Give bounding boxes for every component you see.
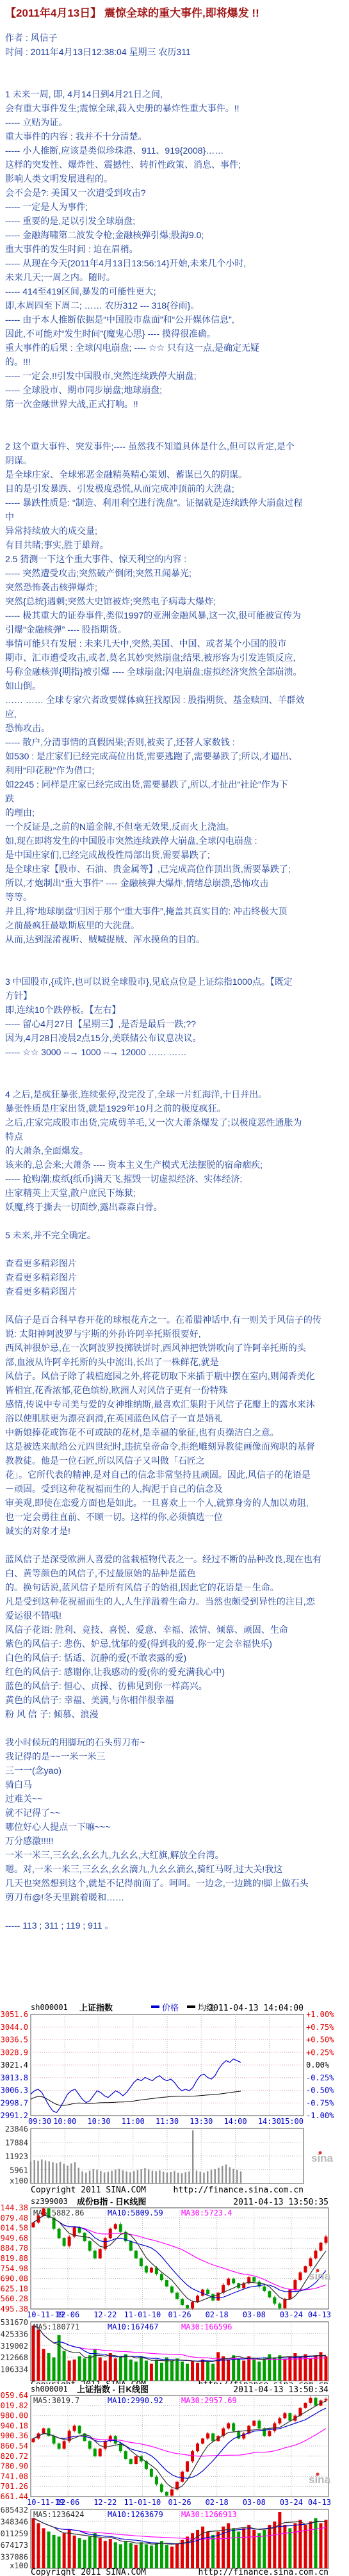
y-axis-label: 2991.2 [1, 2111, 28, 2120]
post-line: 引爆“金融核弹” ---- 股指期货。 [5, 622, 349, 636]
volume-bar [133, 2171, 134, 2183]
view-more-images-line: 查看更多精彩图片 [5, 1270, 349, 1284]
candle-body [145, 2266, 148, 2272]
post-line: 爱运很不错哦! [5, 1608, 349, 1623]
candle-body [140, 2258, 143, 2266]
volume-bar [211, 2364, 215, 2381]
y-axis-label: 5690.08 [0, 2274, 28, 2283]
candle-body [196, 2296, 199, 2302]
volume-bar [41, 2159, 42, 2183]
candle-body [175, 2293, 179, 2299]
blank-line [5, 1538, 349, 1552]
volume-bar [137, 2170, 138, 2183]
date-axis-label: 03-08 [243, 2498, 266, 2507]
volume-bar [58, 2536, 61, 2568]
post-line: 嗯。对,一米一米三,三幺幺,幺幺滴九,九幺幺滴幺,骑红马呀,过大关!我这 [5, 1862, 349, 1876]
volume-bar [148, 2169, 149, 2183]
post-line: 即,本周四至下周二; …… 农历312 --- 318{谷雨}。 [5, 298, 349, 312]
candle-body [181, 2299, 184, 2305]
volume-bar [145, 2544, 148, 2568]
post-line: 就不记得了~~ [5, 1806, 349, 1820]
volume-bar [184, 2172, 186, 2183]
post-line: 黄色的风信子: 幸福、美满,与你相伴很幸福 [5, 1693, 349, 1707]
candle-body [283, 2299, 286, 2308]
sina-logo-dot [319, 2151, 322, 2155]
post-line: 会不会是?: 美国又一次遭受到攻击? [5, 186, 349, 200]
time-axis-label: 14:30 [258, 2117, 281, 2126]
volume-bar [288, 2356, 291, 2381]
volume-bar [174, 2171, 175, 2183]
y-axis-label: 2780.90 [0, 2462, 28, 2471]
post-line: ----- 立贴为证。 [5, 115, 349, 129]
post-line: 阴谋。 [5, 453, 349, 467]
volume-bar [42, 2349, 45, 2381]
volume-axis-label: 17884 [5, 2139, 28, 2148]
blank-line [5, 73, 349, 87]
date-axis-label: 03-24 [280, 2498, 303, 2507]
y-axis-label: 2741.08 [0, 2472, 28, 2481]
y-axis-label: 2940.18 [0, 2421, 28, 2430]
chart-title: 上证指数 [79, 2003, 113, 2013]
volume-bar [314, 2355, 317, 2381]
post-line: ----- 全球股市、期市同步崩盘;地球崩盘; [5, 383, 349, 397]
volume-bar [88, 2536, 92, 2568]
candle-body [186, 2461, 189, 2472]
candle-body [42, 2428, 45, 2433]
volume-axis-label: 337086 [1, 2553, 28, 2562]
volume-bar [203, 2173, 204, 2183]
post-line: ----- 留心4月27日【星期三】,是否是最后一跌;?? [5, 1017, 349, 1031]
volume-bar [122, 2170, 124, 2183]
candle-body [78, 2426, 81, 2433]
volume-bar [309, 2358, 312, 2381]
volume-bar [74, 2162, 76, 2183]
y-axis-label: 3051.6 [1, 2010, 28, 2019]
candle-body [263, 2287, 266, 2291]
volume-axis-label: 1011259 [0, 2529, 28, 2538]
candle-body [288, 2413, 291, 2421]
blank-line [5, 960, 349, 975]
post-line: 5 未来,并不完全确定。 [5, 1228, 349, 1242]
post-line: ----- 113 ; 311 ; 119 ; 911 。 [5, 1918, 349, 1932]
sina-logo: sina [309, 2269, 331, 2283]
y-axis-label: 2900.36 [0, 2431, 28, 2440]
post-line: 3 中国股市,{或许,也可以说全球股市},见底点位是上证综指1000点。【既定 [5, 975, 349, 989]
y-axis-label: 3021.4 [1, 2061, 28, 2070]
candle-body [278, 2304, 281, 2308]
volume-bar [298, 2520, 302, 2568]
volume-bar [211, 2170, 212, 2183]
volume-ma-label: MA5:1236424 [33, 2510, 84, 2519]
post-line: 利用“印花税”作为借口; [5, 763, 349, 777]
volume-bar [67, 2166, 68, 2183]
chart-timestamp: 2011-04-13 13:50:35 [233, 2198, 329, 2207]
volume-bar [32, 2326, 35, 2381]
volume-bar [263, 2358, 266, 2381]
candle-body [263, 2428, 266, 2436]
blog-post-page: 【2011年4月13日】 震惊全球的重大事件,即将爆发 !! 作者 : 风信子时… [0, 0, 349, 2576]
volume-bar [93, 2169, 94, 2183]
volume-ma-label: MA30:166596 [181, 2322, 232, 2331]
post-line: 跌 [5, 791, 349, 806]
candle-body [32, 2438, 35, 2442]
volume-bar [181, 2361, 184, 2381]
volume-bar [283, 2525, 286, 2568]
post-line: ----- 由于本人推断依据是“中国股市盘面”和“公开媒体信息”, [5, 312, 349, 327]
post-line: 之前最疯狂最歇斯底里的大洗盘。 [5, 918, 349, 932]
candle-body [129, 2459, 133, 2464]
candle-body [99, 2249, 102, 2258]
candle-body [53, 2436, 56, 2443]
post-line: 并且,将“地球崩盘”归因于那个“重大事件”,掩盖其真实目的: 冲击终极大顶 [5, 904, 349, 918]
view-more-images-line: 查看更多精彩图片 [5, 1284, 349, 1299]
volume-bar [304, 2354, 307, 2381]
copyright-text: Copyright 2011 SINA.COM [31, 2568, 146, 2576]
volume-bar [170, 2361, 174, 2381]
date-axis-label: 04-13 [308, 2498, 331, 2507]
volume-bar [257, 2533, 261, 2568]
candle-body [252, 2277, 256, 2281]
post-line: 影响人类文明发展进程的。 [5, 172, 349, 186]
post-line: 紫色的风信子: 悲伤、妒忌,忧郁的爱(得到我的爱,你一定会幸福快乐) [5, 1637, 349, 1651]
volume-bar [181, 2173, 183, 2183]
candle-body [150, 2469, 153, 2477]
source-url: http://finance.sina.com.cn [199, 2568, 329, 2576]
post-line: ----- 重要的是,足以引发全球崩盘; [5, 214, 349, 228]
ma-label: MA5:3019.7 [33, 2396, 79, 2405]
volume-bar [109, 2353, 112, 2381]
volume-bar [124, 2354, 127, 2381]
volume-axis-label: 674173 [1, 2541, 28, 2550]
candle-body [88, 2241, 92, 2251]
post-line: 白、黄等颜色的风信子,不过最原始的品种是蓝色 [5, 1566, 349, 1580]
date-axis-label: 12-06 [56, 2310, 79, 2319]
avg-legend-swatch [187, 2005, 195, 2008]
post-line: 第一次金融世界大战,正式打响。!! [5, 397, 349, 411]
post-line: 突然{总统}遇刺;突然大史馆被炸;突然电子病毒大爆炸; [5, 594, 349, 608]
post-line: ----- 极其重大的证券事件,类似1997的亚洲金融风暴,这一次,很可能被宣传… [5, 608, 349, 622]
volume-bar [78, 2167, 79, 2183]
volume-bar [150, 2364, 153, 2381]
post-line: －顽固。受到这种花祝福而生的人,拘泥于自己的信念及 [5, 1482, 349, 1496]
volume-bar [268, 2525, 271, 2568]
volume-bar [100, 2171, 101, 2183]
volume-bar [216, 2532, 220, 2568]
date-axis-label: 12-22 [93, 2498, 117, 2507]
candle-body [268, 2291, 271, 2297]
volume-bar [188, 2171, 190, 2183]
volume-bar [63, 2533, 66, 2568]
post-line: 蓝风信子是深受欧洲人喜爱的盆栽植物代表之一。经过不断的品种改良,现在也有 [5, 1552, 349, 1566]
post-line: 这是被选来献给公元四世纪时,违抗皇帝命令,拒绝雕刻异教徒画像而殉职的基督 [5, 1439, 349, 1454]
blank-line [5, 411, 349, 425]
candle-body [257, 2421, 261, 2429]
candle-body [227, 2424, 230, 2429]
volume-bar [215, 2169, 216, 2183]
volume-bar [53, 2358, 56, 2381]
volume-axis-label: 319002 [1, 2342, 28, 2351]
y-axis-label: 3019.82 [0, 2401, 28, 2410]
post-line: 剪刀布@!冬天里跳着暖和…… [5, 1890, 349, 1904]
chart-code: sz399003 [31, 2197, 68, 2206]
blank-line [5, 1299, 349, 1313]
blank-line [5, 59, 349, 73]
volume-bar [319, 2523, 322, 2568]
volume-bar [93, 2533, 97, 2568]
view-more-images-link[interactable]: 查看更多精彩图片 [5, 1258, 77, 1268]
candle-body [293, 2280, 296, 2290]
view-more-images-link[interactable]: 查看更多精彩图片 [5, 1272, 77, 1283]
post-line: 过难关~~ [5, 1792, 349, 1806]
pct-axis-label: -0.25% [306, 2073, 334, 2082]
price-legend-swatch [151, 2005, 159, 2008]
volume-bar [273, 2522, 276, 2568]
volume-bar [45, 2160, 46, 2183]
candle-body [273, 2424, 276, 2431]
post-line: 是全球庄家【股市、石油、贵金属等】,已完成高位作顶出货,需要暴跌了; [5, 862, 349, 876]
post-line: 这样的突发性、爆炸性、震撼性、转折性政策、消息、事件; [5, 158, 349, 172]
kline-chart-svg: sh000001上证指数 - 日K线图2011-04-13 13:50:3430… [0, 2384, 349, 2576]
pct-axis-label: 0.00% [306, 2061, 330, 2070]
volume-bar [96, 2170, 97, 2183]
volume-axis-label: 212668 [1, 2353, 28, 2362]
volume-bar [129, 2360, 133, 2381]
volume-bar [129, 2172, 131, 2183]
volume-bar [85, 2173, 86, 2183]
post-line: ----- 从现在今天{2011年4月13日13:56:14}开始,未来几个小时… [5, 256, 349, 270]
date-axis-label: 11-01-10 [124, 2310, 161, 2319]
y-axis-label: 3028.9 [1, 2048, 28, 2057]
y-axis-label: 6014.58 [0, 2224, 28, 2233]
candle-body [99, 2449, 102, 2456]
volume-bar [242, 2528, 245, 2568]
chart-text: sina [309, 2270, 331, 2282]
y-axis-label: 5949.68 [0, 2233, 28, 2242]
pct-axis-label: -1.00% [306, 2111, 334, 2120]
y-axis-label: 3059.64 [0, 2391, 28, 2400]
post-line: ----- 金融海啸第二波发令枪;金融核弹引爆;股海9.0; [5, 228, 349, 242]
volume-bar [257, 2361, 261, 2381]
post-line: 有目共睹;事实,胜于雄辩。 [5, 538, 349, 552]
post-line: 说: 太阳神阿波罗与宇斯的外孙许阿辛托斯很要好, [5, 1327, 349, 1341]
post-line: 期市、汇市遭受攻击,或者,莫名其妙突然崩盘;结果,被形容为引发连锁反应, [5, 651, 349, 665]
post-line: 如,现在即将发生的中国股市突然连续跌停大崩盘,全球闪电崩盘 : [5, 834, 349, 848]
volume-bar [324, 2520, 327, 2568]
volume-bar [196, 2363, 199, 2381]
volume-bar [170, 2172, 171, 2183]
post-line: 骑白马 [5, 1778, 349, 1792]
post-line: 感情,传说中专司美与爱的女神维纳斯,最喜欢汇集附于风信子花瓣上的露水来沐 [5, 1397, 349, 1411]
volume-bar [83, 2540, 86, 2568]
time-axis-label: 14:00 [223, 2117, 247, 2126]
volume-bar [237, 2532, 240, 2568]
volume-axis-label: 106334 [1, 2365, 28, 2374]
volume-bar [70, 2164, 72, 2183]
post-line: ----- ☆☆ 3000 --→ 1000 --→ 12000 …… …… [5, 1045, 349, 1059]
post-line: 目的是引发暴跌、引发极度恐慌,从而完成冲顶前的大洗盘; [5, 482, 349, 496]
candle-body [68, 2237, 71, 2246]
volume-bar [144, 2168, 145, 2183]
copyright-text: Copyright 2011 SINA.COM [31, 2185, 146, 2195]
volume-bar [232, 2169, 234, 2183]
blank-line [5, 425, 349, 439]
candle-body [206, 2290, 209, 2294]
chart-title: 上证指数 - 日K线图 [77, 2385, 149, 2394]
post-line: 花」。它所代表的精神,是对自己的信念非常坚持且顽固。因此,风信子的花语是 [5, 1468, 349, 1482]
candle-body [201, 2438, 204, 2443]
volume-axis-label: 1348346 [0, 2517, 28, 2526]
candle-body [42, 2208, 45, 2216]
post-line: 的。!!! [5, 355, 349, 369]
volume-bar [81, 2171, 83, 2183]
candle-body [304, 2266, 307, 2272]
post-body: 【2011年4月13日】 震惊全球的重大事件,即将爆发 !! 作者 : 风信子时… [0, 0, 349, 1932]
volume-bar [104, 2541, 107, 2568]
volume-bar [140, 2169, 142, 2183]
volume-bar [227, 2360, 230, 2381]
y-axis-label: 2820.72 [0, 2452, 28, 2461]
candle-body [324, 2399, 327, 2401]
post-line: 的理由; [5, 806, 349, 820]
volume-ma-label: MA30:1266913 [181, 2510, 237, 2519]
volume-bar [37, 2523, 40, 2568]
post-line: 风信子是百合科早春开花的球根花卉之一。在希腊神话中,有一则关于风信子的传 [5, 1313, 349, 1327]
post-line: 我小时候玩的用脚玩的石头剪刀布~ [5, 1735, 349, 1749]
volume-bar [34, 2160, 35, 2183]
volume-bar [63, 2351, 66, 2381]
volume-bar [206, 2361, 209, 2381]
post-line: 该来的,总会来;大萧条 ---- 资本主义生产模式无法摆脱的宿命痼疾; [5, 1158, 349, 1172]
post-line: 是中国庄家们,已经完成战役性局部出货,需要暴跌了; [5, 848, 349, 862]
candle-body [58, 2443, 61, 2449]
post-line: 的大萧条,全面爆发。 [5, 1144, 349, 1158]
volume-bar [186, 2364, 189, 2381]
volume-bar [150, 2545, 153, 2568]
date-axis-label: 03-24 [280, 2310, 303, 2319]
post-line: 哪位好心人提点一下嘛~~~ [5, 1820, 349, 1834]
candle-body [314, 2398, 317, 2406]
volume-bar [170, 2547, 174, 2568]
candle-body [206, 2433, 209, 2438]
volume-bar [124, 2541, 127, 2568]
sina-kline-chart-b: sz399003成份B指 - 日K线图2011-04-13 13:50:3561… [0, 2196, 349, 2388]
post-line: ----- 一定是人为事件; [5, 200, 349, 214]
candle-body [93, 2449, 97, 2456]
candle-body [268, 2431, 271, 2436]
candle-body [63, 2441, 66, 2449]
candle-body [278, 2418, 281, 2424]
candle-body [155, 2477, 158, 2484]
candle-body [32, 2223, 35, 2227]
blank-line [5, 1059, 349, 1073]
candle-body [273, 2297, 276, 2304]
price-legend-label: 价格 [162, 2003, 179, 2013]
volume-bar [278, 2512, 281, 2568]
post-line: ----- 散户,分清事情的真假因果;否则,被卖了,还替人家数钱 : [5, 735, 349, 749]
post-line: ----- 突然遭受攻击;突然破产倒闭;突然丑闻暴光; [5, 566, 349, 580]
volume-bar [104, 2361, 107, 2381]
volume-bar [200, 2172, 201, 2183]
candle-body [227, 2279, 230, 2285]
candle-body [170, 2490, 174, 2496]
volume-bar [314, 2518, 317, 2568]
sina-logo: sina [309, 2473, 331, 2486]
ma-label: MA30:2957.69 [181, 2396, 237, 2405]
volume-bar [191, 2361, 194, 2381]
volume-bar [309, 2522, 312, 2568]
time-axis-label: 15:00 [280, 2117, 304, 2126]
volume-bar [37, 2161, 38, 2183]
volume-bar [218, 2167, 219, 2183]
volume-bar [159, 2170, 160, 2183]
candle-body [165, 2492, 168, 2496]
volume-bar [160, 2541, 163, 2568]
volume-bar [211, 2535, 215, 2568]
volume-bar [129, 2543, 133, 2568]
post-line: 所以,才炮制出“重大事件” ---- 金融核弹大爆炸,情绪总崩溃,恐怖攻击 [5, 876, 349, 890]
volume-bar [140, 2356, 143, 2381]
blank-line [5, 1721, 349, 1735]
candle-body [160, 2274, 163, 2280]
view-more-images-link[interactable]: 查看更多精彩图片 [5, 1286, 77, 1297]
blank-line [5, 1073, 349, 1087]
y-axis-label: 5884.78 [0, 2244, 28, 2253]
y-axis-label: 3036.5 [1, 2036, 28, 2045]
y-axis-label: 6079.48 [0, 2214, 28, 2223]
candle-body [165, 2280, 168, 2287]
candle-body [73, 2426, 76, 2431]
y-axis-label: 2661.44 [0, 2492, 28, 2501]
volume-bar [111, 2171, 112, 2183]
pct-axis-label: +0.25% [306, 2048, 334, 2057]
volume-bar [252, 2530, 256, 2568]
volume-bar [114, 2542, 117, 2568]
volume-bar [252, 2360, 256, 2381]
chart-code: sh000001 [31, 2385, 68, 2394]
date-axis-label: 02-18 [206, 2498, 229, 2507]
post-line: 几天也突然想到这个,就是不记得前面了。呵呵。一边念,一边跳的!脚上做石头 [5, 1876, 349, 1890]
post-line: 2 这个重大事件、突发事件;---- 虽然我不知道具体是什么,但可以肯定,是个 [5, 439, 349, 453]
volume-bar [165, 2545, 168, 2568]
post-line: 教教徒。他是一位石匠,所以风信子又叫做「石匠之 [5, 1454, 349, 1468]
date-axis-label: 01-26 [168, 2498, 191, 2507]
volume-bar [114, 2358, 117, 2381]
post-line: 白色的风信子: 恬适、沉静的爱(不敢表露的爱) [5, 1651, 349, 1665]
volume-bar [236, 2170, 238, 2183]
volume-bar [225, 2164, 227, 2183]
volume-bar [68, 2530, 71, 2568]
volume-bar [73, 2536, 76, 2568]
post-line: 一个反证是,之前的N道金牌,不但毫无效果,反而火上浇油。 [5, 820, 349, 834]
sina-intraday-chart: sh000001上证指数价格均线2011-04-13 14:04:003051.… [0, 2002, 349, 2195]
pct-axis-label: -0.75% [306, 2098, 334, 2107]
volume-bar [126, 2171, 127, 2183]
volume-bar [47, 2532, 51, 2568]
volume-bar [88, 2355, 92, 2381]
volume-bar [32, 2518, 35, 2568]
y-axis-label: 5560.28 [0, 2294, 28, 2303]
time-axis-label: 10:00 [53, 2117, 76, 2126]
post-line: 等等。 [5, 890, 349, 904]
candle-body [196, 2443, 199, 2451]
volume-bar [166, 2173, 168, 2183]
post-line: ----- 414至419区间,暴发的可能性更大; [5, 284, 349, 298]
candle-body [58, 2229, 61, 2239]
candle-body [63, 2238, 66, 2246]
post-line: ----- 一定会,!!引发中国股市,突然连续跌停大崩盘; [5, 369, 349, 383]
post-line: 庄家精英上天堂,散户庶民下炼狱; [5, 1186, 349, 1200]
volume-bar [47, 2353, 51, 2381]
